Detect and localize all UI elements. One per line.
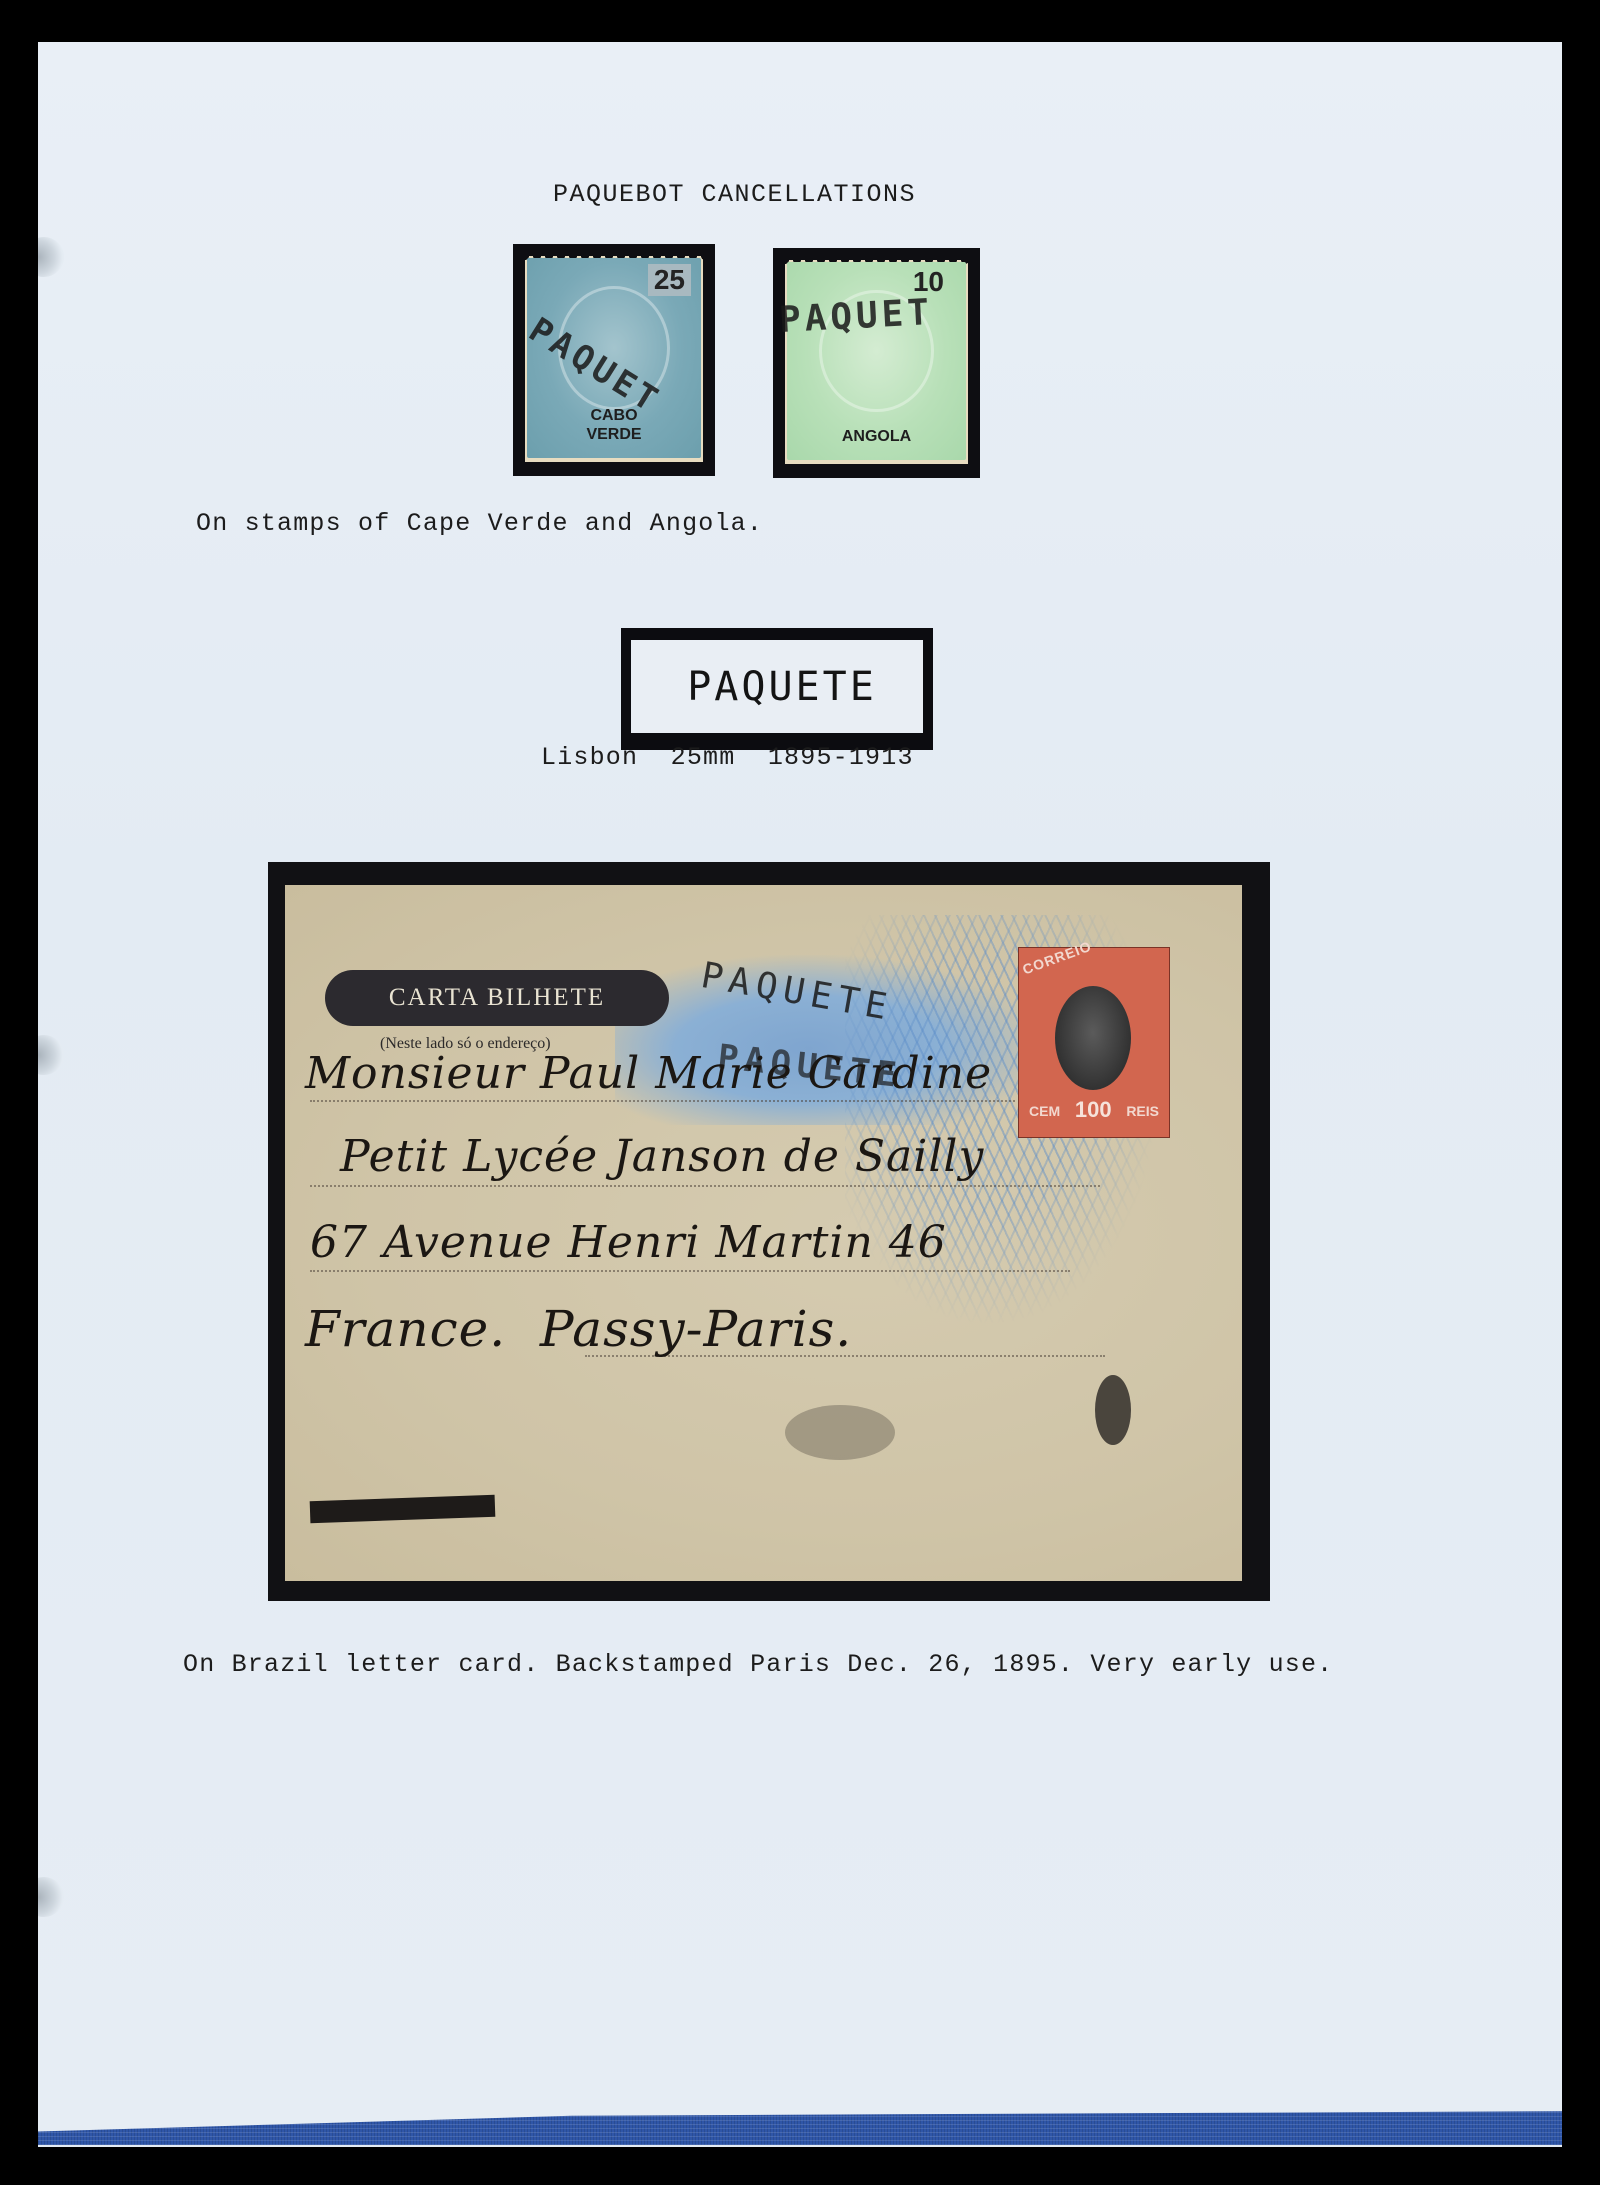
binder-hole	[38, 1035, 64, 1075]
stamp-cancel: PAQUET	[778, 292, 934, 341]
binder-hole	[38, 1877, 64, 1917]
stamp-value: 25	[648, 264, 691, 296]
stamp-country: ANGOLA	[787, 427, 966, 446]
postage-imprint: CORREIO CEM 100 REIS	[1018, 947, 1170, 1138]
address-line-1: Monsieur Paul Marie Cardine	[305, 1048, 992, 1099]
stamp-angola: 10 ANGOLA PAQUET	[787, 262, 966, 460]
stamp-cape-verde: 25 CABO VERDE PAQUET	[527, 258, 701, 458]
card-caption: On Brazil letter card. Backstamped Paris…	[183, 1648, 1383, 1682]
stamps-caption: On stamps of Cape Verde and Angola.	[196, 509, 763, 538]
binder-hole	[38, 237, 64, 277]
stamp-mount-cape-verde: 25 CABO VERDE PAQUET	[513, 244, 715, 476]
album-page: PAQUEBOT CANCELLATIONS 25 CABO VERDE PAQ…	[38, 42, 1562, 2147]
stamp-country: CABO VERDE	[527, 406, 701, 444]
stamp-mount-angola: 10 ANGOLA PAQUET	[773, 248, 980, 478]
struck-text	[310, 1495, 496, 1523]
card-header-banner: CARTA BILHETE	[325, 970, 669, 1026]
liberty-head-icon	[1055, 986, 1131, 1090]
address-line-3: 67 Avenue Henri Martin 46	[310, 1217, 947, 1268]
marking-details: Lisbon 25mm 1895-1913	[541, 743, 914, 772]
marking-illustration: PAQUETE	[621, 628, 933, 750]
address-line-2: Petit Lycée Janson de Sailly	[340, 1131, 984, 1182]
page-title: PAQUEBOT CANCELLATIONS	[553, 180, 916, 209]
letter-card: CARTA BILHETE (Neste lado só o endereço)…	[285, 885, 1242, 1581]
letter-card-mount: CARTA BILHETE (Neste lado só o endereço)…	[268, 862, 1270, 1601]
address-line-4: France. Passy-Paris.	[305, 1300, 852, 1358]
marking-text: PAQUETE	[677, 664, 877, 710]
